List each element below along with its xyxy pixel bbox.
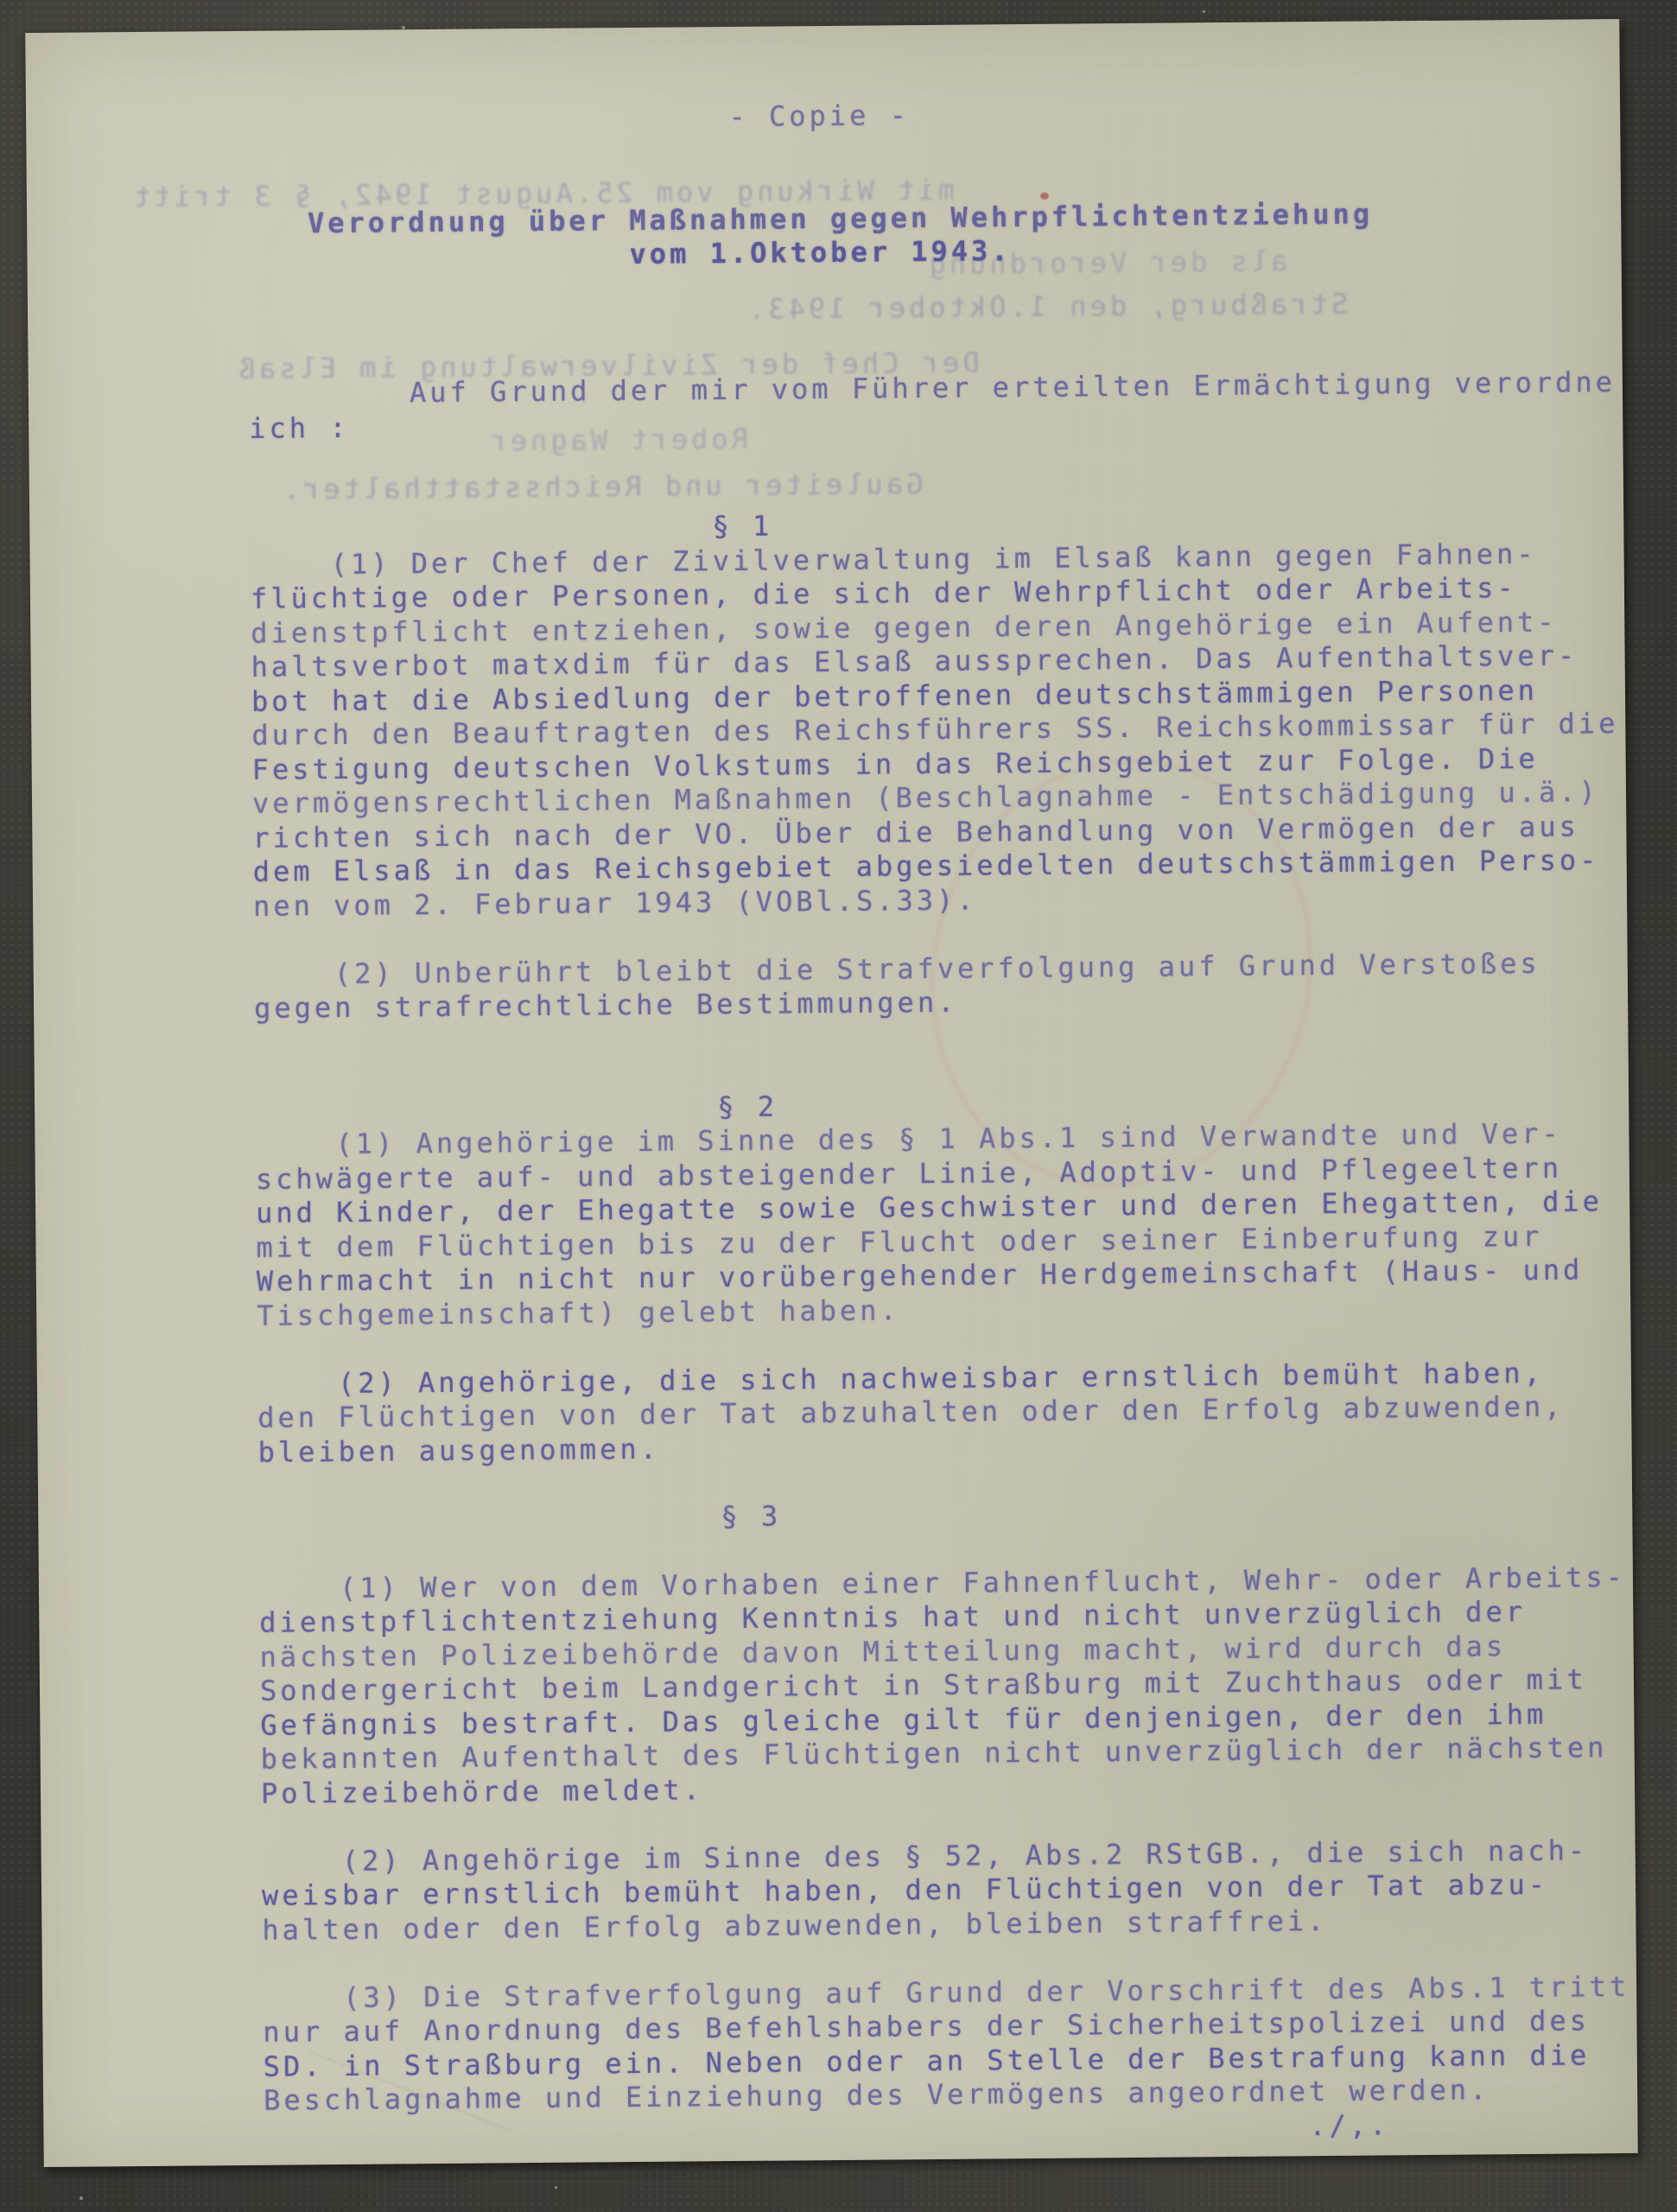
document-sheet: mit Wirkung vom 25.August 1942, § 3 trit… [25,19,1637,2167]
document-text: - Copie - Verordnung über Maßnahmen gege… [246,92,1631,2152]
dust-speck [79,2196,83,2200]
dust-speck [555,2186,557,2189]
dust-speck [1203,10,1205,13]
scanned-document-page: { "document": { "copy_label": "- Copie -… [0,0,1677,2212]
